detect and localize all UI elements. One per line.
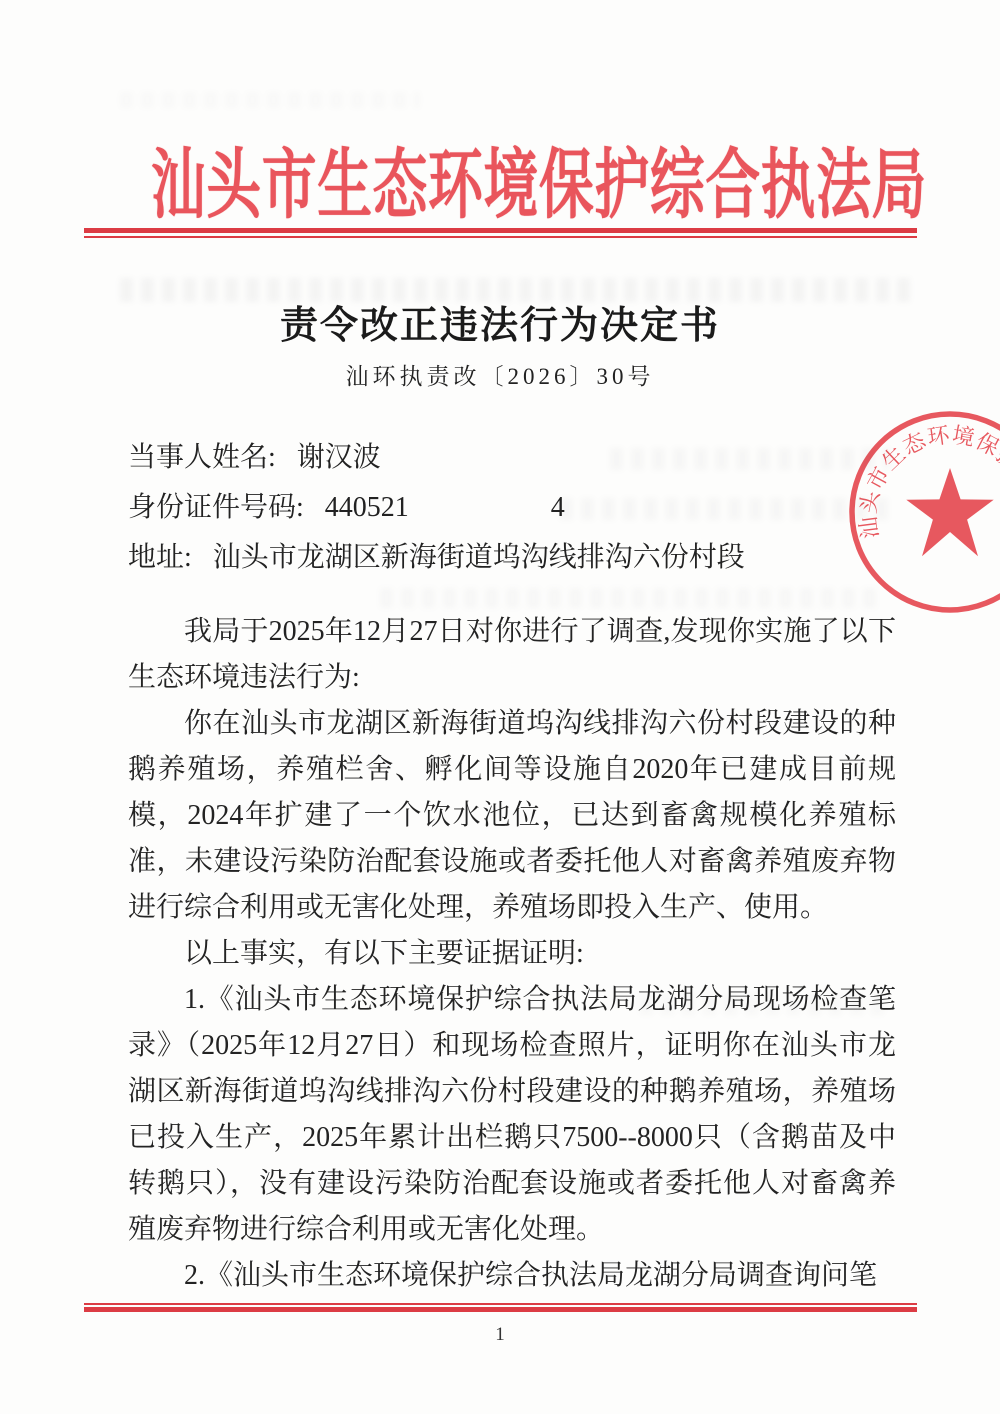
body-paragraph: 我局于2025年12月27日对你进行了调查,发现你实施了以下生态环境违法行为: xyxy=(128,609,896,701)
recipient-id-label: 身份证件号码: xyxy=(128,492,304,523)
recipient-name-label: 当事人姓名: xyxy=(128,442,276,473)
body-paragraph: 1.《汕头市生态环境保护综合执法局龙湖分局现场检查笔录》（2025年12月27日… xyxy=(128,977,896,1253)
recipient-id-line: 身份证件号码: 440521 4 xyxy=(128,483,908,533)
recipient-address-value: 汕头市龙湖区新海街道坞沟线排沟六份村段 xyxy=(213,542,745,573)
letterhead-rule-thin xyxy=(84,236,917,238)
official-seal: 汕头市生态环境保护综合执法局 xyxy=(842,404,1000,620)
recipient-name-value: 谢汉波 xyxy=(297,442,381,473)
body-paragraph: 你在汕头市龙湖区新海街道坞沟线排沟六份村段建设的种鹅养殖场，养殖栏舍、孵化间等设… xyxy=(128,701,896,931)
letterhead-agency-name: 汕头市生态环境保护综合执法局 xyxy=(151,124,927,233)
body-text-block: 我局于2025年12月27日对你进行了调查,发现你实施了以下生态环境违法行为: … xyxy=(128,609,896,1299)
recipient-address-label: 地址: xyxy=(128,542,192,573)
document-title: 责令改正违法行为决定书 xyxy=(0,294,1000,349)
letterhead-rule-thick xyxy=(84,228,917,233)
footer-rule-thin xyxy=(84,1303,917,1305)
recipient-address-line: 地址: 汕头市龙湖区新海街道坞沟线排沟六份村段 xyxy=(128,533,908,583)
footer-divider-rule xyxy=(84,1303,917,1312)
bleedthrough-smudge xyxy=(380,588,880,608)
letterhead: 汕头市生态环境保护综合执法局 xyxy=(0,124,1000,233)
letterhead-divider-rule xyxy=(84,228,917,238)
body-paragraph: 2.《汕头市生态环境保护综合执法局龙湖分局调查询问笔 xyxy=(128,1253,896,1299)
recipient-id-prefix: 440521 xyxy=(325,492,409,523)
seal-arc-text: 汕头市生态环境保护综合执法局 xyxy=(842,404,1000,543)
recipient-block: 当事人姓名: 谢汉波 身份证件号码: 440521 4 地址: 汕头市龙湖区新海… xyxy=(128,433,908,583)
document-page: 汕头市生态环境保护综合执法局 责令改正违法行为决定书 汕环执责改〔2026〕30… xyxy=(0,0,1000,1414)
body-paragraph: 以上事实，有以下主要证据证明: xyxy=(128,931,896,977)
seal-star xyxy=(906,468,993,556)
recipient-name-line: 当事人姓名: 谢汉波 xyxy=(128,433,908,483)
document-number: 汕环执责改〔2026〕30号 xyxy=(0,358,1000,391)
bleedthrough-smudge xyxy=(120,92,420,108)
footer-rule-thick xyxy=(84,1307,917,1312)
recipient-id-suffix: 4 xyxy=(551,492,565,523)
page-number: 1 xyxy=(0,1324,1000,1346)
